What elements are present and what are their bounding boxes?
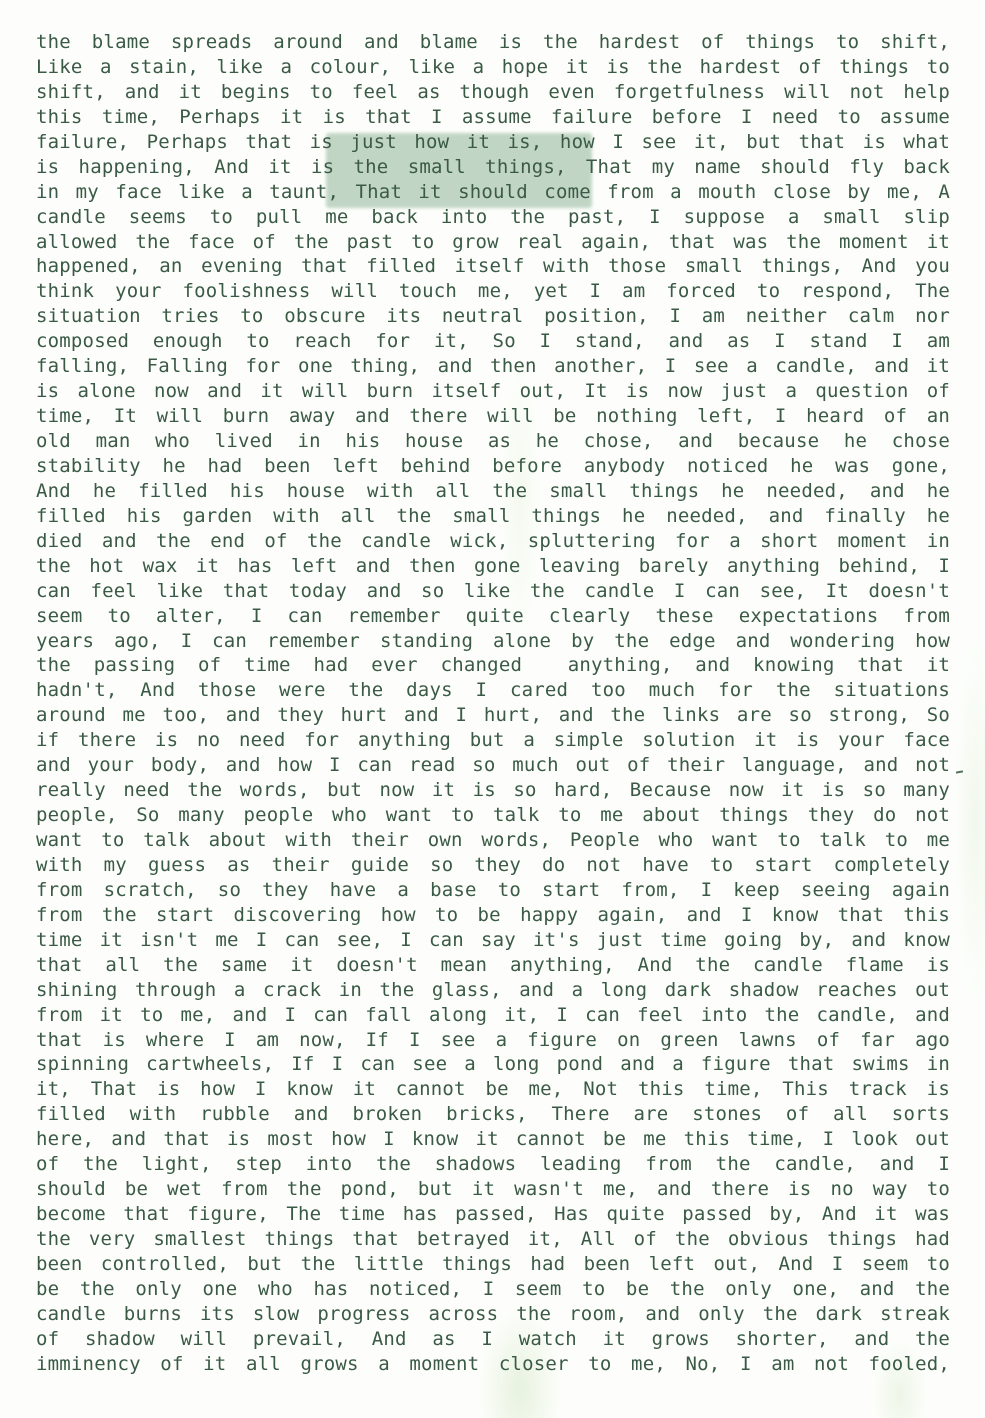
text-line: really need the words, but now it is so … [36, 778, 950, 803]
text-line: the hot wax it has left and then gone le… [36, 554, 950, 579]
text-line: stability he had been left behind before… [36, 454, 950, 479]
text-line: that is where I am now, If I see a figur… [36, 1028, 950, 1053]
text-line: filled his garden with all the small thi… [36, 504, 950, 529]
text-line: candle burns its slow progress across th… [36, 1302, 950, 1327]
text-line: it, That is how I know it cannot be me, … [36, 1077, 950, 1102]
text-line: that all the same it doesn't mean anythi… [36, 953, 950, 978]
text-line: old man who lived in his house as he cho… [36, 429, 950, 454]
text-line: from scratch, so they have a base to sta… [36, 878, 950, 903]
text-line: imminency of it all grows a moment close… [36, 1352, 950, 1377]
text-line: from the start discovering how to be hap… [36, 903, 950, 928]
text-line: this time, Perhaps it is that I assume f… [36, 105, 950, 130]
text-line: allowed the face of the past to grow rea… [36, 230, 950, 255]
text-line: the passing of time had ever changed any… [36, 653, 950, 678]
text-line: falling, Falling for one thing, and then… [36, 354, 950, 379]
text-line: And he filled his house with all the sma… [36, 479, 950, 504]
text-line: the very smallest things that betrayed i… [36, 1227, 950, 1252]
text-line: happened, an evening that filled itself … [36, 254, 950, 279]
text-line: be the only one who has noticed, I seem … [36, 1277, 950, 1302]
text-line: is alone now and it will burn itself out… [36, 379, 950, 404]
margin-pen-mark [956, 770, 963, 773]
text-line: if there is no need for anything but a s… [36, 728, 950, 753]
text-line: become that figure, The time has passed,… [36, 1202, 950, 1227]
text-line: and your body, and how I can read so muc… [36, 753, 950, 778]
text-line: seem to alter, I can remember quite clea… [36, 604, 950, 629]
text-line: want to talk about with their own words,… [36, 828, 950, 853]
text-line: shining through a crack in the glass, an… [36, 978, 950, 1003]
text-line: been controlled, but the little things h… [36, 1252, 950, 1277]
text-line: here, and that is most how I know it can… [36, 1127, 950, 1152]
text-line: situation tries to obscure its neutral p… [36, 304, 950, 329]
text-line: with my guess as their guide so they do … [36, 853, 950, 878]
text-line: around me too, and they hurt and I hurt,… [36, 703, 950, 728]
text-line: time it isn't me I can see, I can say it… [36, 928, 950, 953]
text-line: Like a stain, like a colour, like a hope… [36, 55, 950, 80]
text-line: candle seems to pull me back into the pa… [36, 205, 950, 230]
text-line: can feel like that today and so like the… [36, 579, 950, 604]
text-line: filled with rubble and broken bricks, Th… [36, 1102, 950, 1127]
text-line: failure, Perhaps that is just how it is,… [36, 130, 950, 155]
text-line: of the light, step into the shadows lead… [36, 1152, 950, 1177]
text-line: the blame spreads around and blame is th… [36, 30, 950, 55]
text-line: should be wet from the pond, but it wasn… [36, 1177, 950, 1202]
text-line: time, It will burn away and there will b… [36, 404, 950, 429]
text-line: is happening, And it is the small things… [36, 155, 950, 180]
text-line: died and the end of the candle wick, spl… [36, 529, 950, 554]
text-line: people, So many people who want to talk … [36, 803, 950, 828]
text-line: composed enough to reach for it, So I st… [36, 329, 950, 354]
text-line: spinning cartwheels, If I can see a long… [36, 1052, 950, 1077]
text-line: from it to me, and I can fall along it, … [36, 1003, 950, 1028]
text-line: think your foolishness will touch me, ye… [36, 279, 950, 304]
text-line: of shadow will prevail, And as I watch i… [36, 1327, 950, 1352]
typewritten-page: the blame spreads around and blame is th… [0, 0, 985, 1418]
text-line: hadn't, And those were the days I cared … [36, 678, 950, 703]
text-line: in my face like a taunt, That it should … [36, 180, 950, 205]
body-text: the blame spreads around and blame is th… [36, 30, 950, 1377]
text-line: shift, and it begins to feel as though e… [36, 80, 950, 105]
text-line: years ago, I can remember standing alone… [36, 629, 950, 654]
